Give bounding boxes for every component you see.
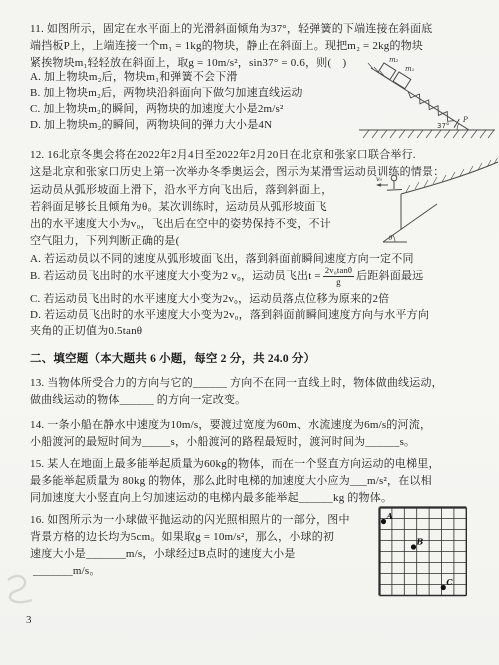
pencil-scribble [0,562,78,612]
page-number: 3 [26,614,32,626]
ground-line [359,130,495,138]
q12-option-b: B. 若运动员飞出时的水平速度大小变为2 v₀，运动员飞出t =2v₀tanθg… [30,266,482,287]
q12-line-4: 若斜面足够长且倾角为θ。某次训练时，运动员从弧形坡面飞 [30,200,327,214]
q11-line-1: 11. 如图所示，固定在水平面上的光滑斜面倾角为37°，轻弹簧的下端连接在斜面底 [30,22,482,36]
q12-line-3: 运动员从弧形坡面上滑下，沿水平方向飞出后，落到斜面上， [30,183,332,197]
q16-line-3: 速度大小是_______m/s，小球经过B点时的速度大小是 [30,547,296,561]
projectile-grid-figure: ABC [378,506,470,600]
q12-option-b-post: 后距斜面最远 [356,270,423,282]
point-A [381,519,386,524]
point-label-A: A [386,511,393,521]
q14-line-2: 小船渡河的最短时间为_____s，小船渡河的路程最短时，渡河时间为______s… [30,435,482,449]
q15-line-3: 同加速度大小竖直向上匀加速运动的电梯内最多能举起______kg 的物体。 [30,491,482,505]
curved-slope [401,162,498,194]
point-label-B: B [416,537,424,547]
skier-figure [387,175,402,190]
ground-hatching [363,130,494,138]
label-m2: m₂ [389,56,399,64]
label-v0: v₀ [376,175,383,183]
q11-option-c: C. 加上物块m₂的瞬间，两物块的加速度大小是2m/s² [30,102,284,116]
fraction-denominator: g [323,277,354,287]
q11-line-2: 端挡板P上，上端连接一个m₁ = 1kg的物块，静止在斜面上。现把m₂ = 2k… [30,39,482,53]
fraction-2v0tan-over-g: 2v₀tanθg [323,266,354,287]
block-m1 [393,72,411,89]
label-p: P [462,116,468,124]
slope-hatching [406,158,498,192]
q12-option-d-line-2: 夹角的正切值为0.5tanθ [30,324,142,338]
angle-arc [457,124,459,130]
exam-page: 11. 如图所示，固定在水平面上的光滑斜面倾角为37°，轻弹簧的下端连接在斜面底… [0,0,499,665]
incline-spring-figure: m₂ m₁ P 37° [357,52,499,144]
q16-line-1: 16. 如图所示为一小球做平抛运动的闪光照相照片的一部分，图中 [30,513,350,527]
fraction-numerator: 2v₀tanθ [323,266,354,277]
label-theta: θ [389,234,393,242]
point-label-C: C [446,577,453,587]
label-m1: m₁ [405,65,415,73]
label-angle-37: 37° [437,122,449,130]
section-2-heading: 二、填空题（本大题共 6 小题，每空 2 分，共 24.0 分） [30,352,315,366]
q11-option-d: D. 加上物块m₂的瞬间，两物块间的弹力大小是4N [30,118,272,132]
theta-arc [393,235,395,242]
q16-line-2: 背景方格的边长均为5cm。如果取g = 10m/s²，那么，小球的初 [30,530,334,544]
q11-option-a: A. 加上物块m₂后，物块m₁和弹簧不会下滑 [30,70,238,84]
point-C [441,585,446,590]
q12-option-c: C. 若运动员飞出时的水平速度大小变为2v₀，运动员落点位移为原来的2倍 [30,292,482,306]
q12-line-6: 空气阻力，下列判断正确的是( [30,234,179,248]
q13-line-1: 13. 当物体所受合力的方向与它的______ 方向不在同一直线上时，物体做曲线… [30,376,482,390]
q12-line-5: 出的水平速度大小为v₀，飞出后在空中的姿势保持不变，不计 [30,217,331,231]
q15-line-2: 最多能举起质量为 80kg 的物体，那么此时电梯的加速度大小应为___m/s²，… [30,474,482,488]
q12-option-b-pre: B. 若运动员飞出时的水平速度大小变为2 v₀，运动员飞出t = [30,270,321,282]
q15-line-1: 15. 某人在地面上最多能举起质量为60kg的物体，而在一个竖直方向运动的电梯里… [30,457,482,471]
q13-line-2: 做曲线运动的物体______ 的方向一定改变。 [30,393,482,407]
q11-option-b: B. 加上物块m₂后，两物块沿斜面向下做匀加速直线运动 [30,86,303,100]
point-B [411,544,416,549]
v0-velocity-arrow [376,183,388,186]
q11-line-3: 紧挨物块m₁轻轻放在斜面上，取g = 10m/s²，sin37° = 0.6，则… [30,56,346,70]
q12-option-d-line-1: D. 若运动员飞出时的水平速度大小变为2v₀，落到斜面前瞬间速度方向与水平方向 [30,308,482,322]
ski-jump-figure: v₀ θ [375,158,499,258]
q14-line-1: 14. 一条小船在静水中速度为10m/s，要渡过宽度为60m、水流速度为6m/s… [30,418,482,432]
